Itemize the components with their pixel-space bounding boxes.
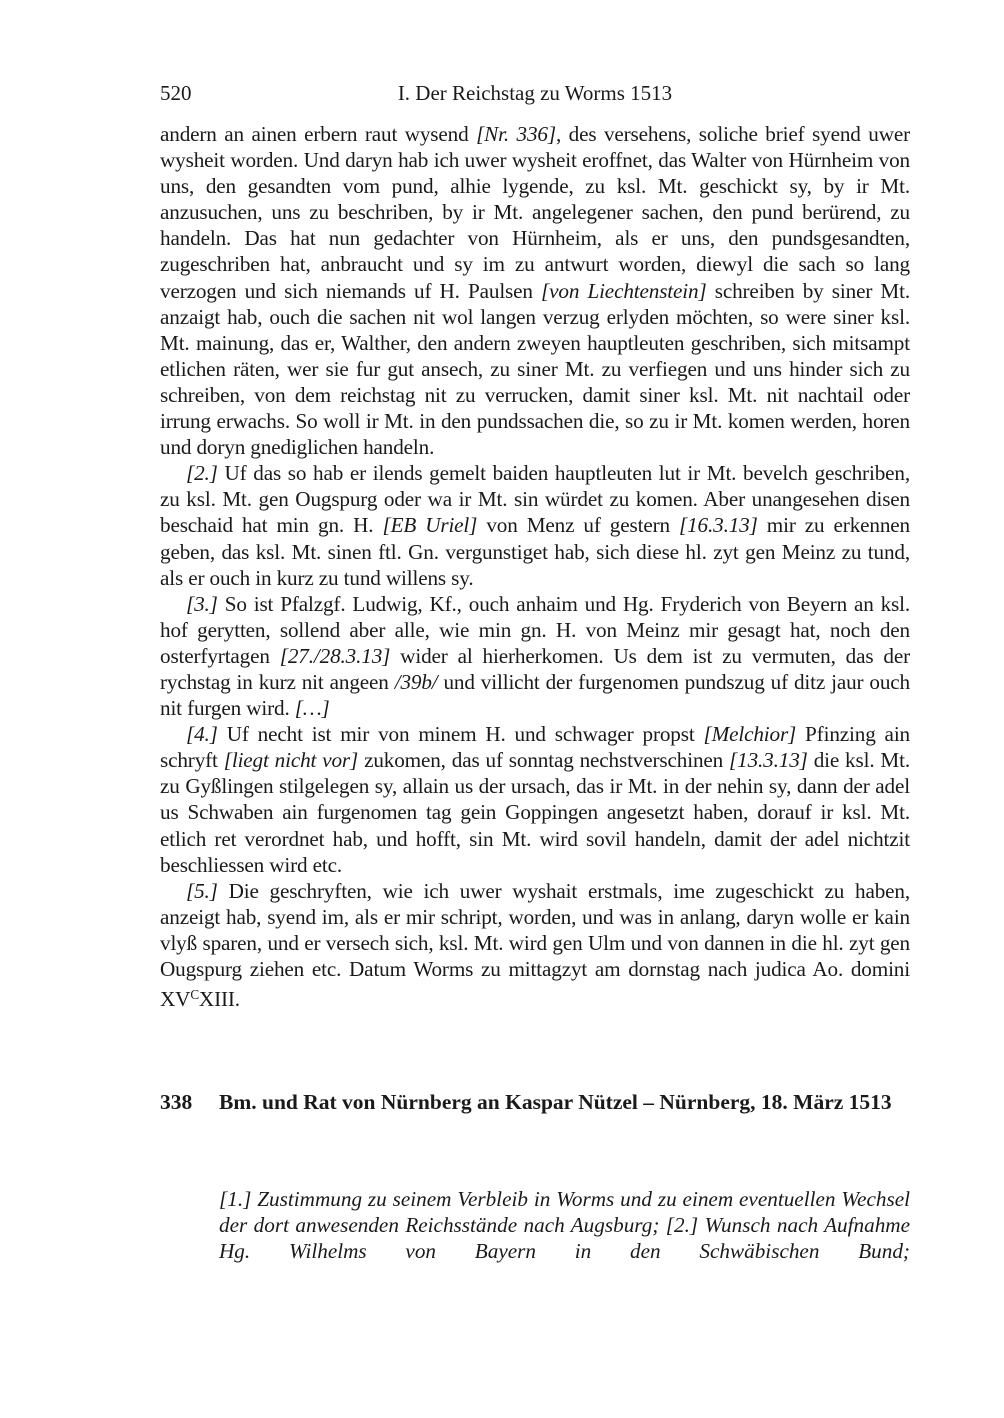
running-title: I. Der Reichstag zu Worms 1513 xyxy=(160,78,910,108)
paragraph-5: [5.] Die geschryften, wie ich uwer wysha… xyxy=(160,878,910,1013)
paragraph-number: [3.] xyxy=(186,592,218,616)
paragraph-3: [3.] So ist Pfalzgf. Ludwig, Kf., ouch a… xyxy=(160,591,910,721)
text-run: XIII. xyxy=(199,987,240,1011)
document-number: 338 xyxy=(160,1089,192,1115)
editorial-note: [EB Uriel] xyxy=(382,513,477,537)
text-run: schreiben by siner Mt. anzaigt hab, ouch… xyxy=(160,279,910,460)
document-heading: 338 Bm. und Rat von Nürnberg an Kaspar N… xyxy=(160,1089,910,1115)
text-run: , des versehens, soliche brief syend uwe… xyxy=(160,122,910,303)
editorial-note: [von Liechtenstein] xyxy=(541,279,707,303)
editorial-note: [16.3.13] xyxy=(679,513,758,537)
document-regest: [1.] Zustimmung zu seinem Verbleib in Wo… xyxy=(219,1186,910,1264)
paragraph-number: [4.] xyxy=(186,722,218,746)
paragraph-number: [2.] xyxy=(186,461,218,485)
editorial-note: [27./28.3.13] xyxy=(280,644,390,668)
text-run: Die geschryften, wie ich uwer wyshait er… xyxy=(160,879,910,1012)
editorial-note: [Nr. 336] xyxy=(476,122,556,146)
folio-marker: /39b/ xyxy=(395,670,438,694)
superscript-c: C xyxy=(190,987,199,1002)
text-run: Uf necht ist mir von minem H. und schwag… xyxy=(218,722,704,746)
text-run: andern an ainen erbern raut wysend xyxy=(160,122,476,146)
editorial-note: [Melchior] xyxy=(703,722,796,746)
text-run: zukomen, das uf sonntag nechstverschinen xyxy=(358,748,729,772)
paragraph-1: andern an ainen erbern raut wysend [Nr. … xyxy=(160,121,910,460)
editorial-note: [13.3.13] xyxy=(729,748,808,772)
paragraph-number: [5.] xyxy=(186,879,218,903)
paragraph-4: [4.] Uf necht ist mir von minem H. und s… xyxy=(160,721,910,878)
text-run: von Menz uf gestern xyxy=(477,513,679,537)
paragraph-2: [2.] Uf das so hab er ilends gemelt baid… xyxy=(160,460,910,590)
letter-body: andern an ainen erbern raut wysend [Nr. … xyxy=(160,121,910,1012)
omission-marker: […] xyxy=(295,696,330,720)
document-title: Bm. und Rat von Nürnberg an Kaspar Nütze… xyxy=(219,1089,910,1115)
page-header: 520 I. Der Reichstag zu Worms 1513 xyxy=(160,78,910,108)
editorial-note: [liegt nicht vor] xyxy=(224,748,358,772)
